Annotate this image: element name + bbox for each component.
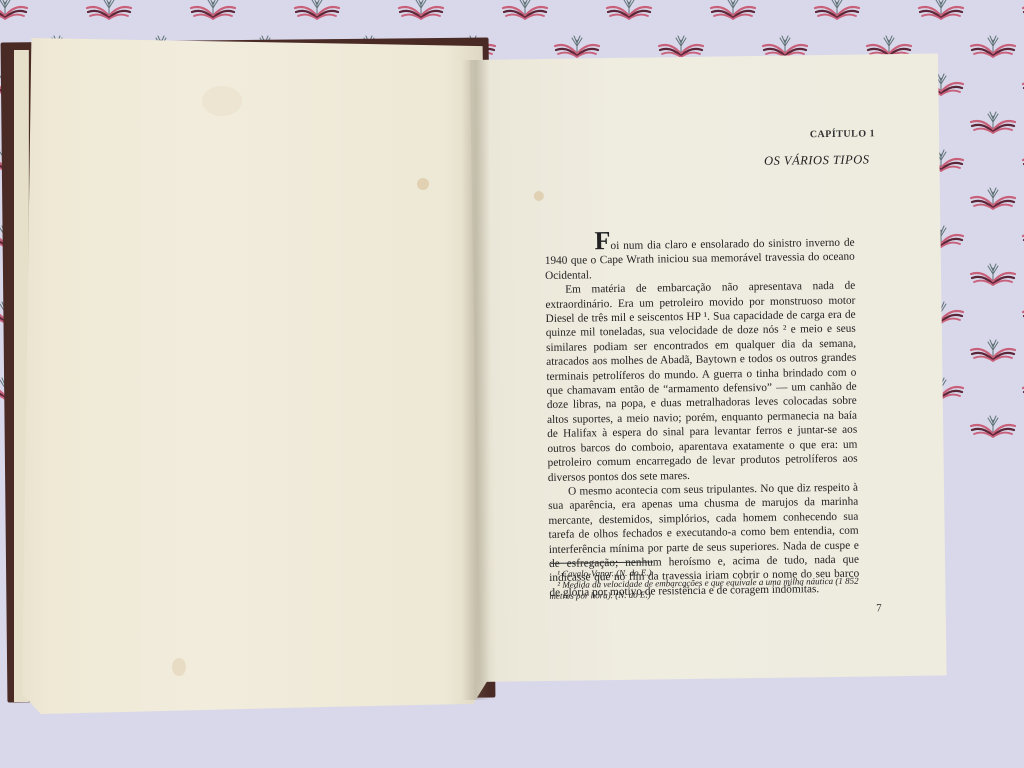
book-motif-icon <box>968 336 1018 362</box>
book-motif-icon <box>1020 146 1024 172</box>
book-motif-icon <box>708 0 758 20</box>
footnote: ² Medida da velocidade de embarcações e … <box>549 576 867 602</box>
book-motif-icon <box>604 0 654 20</box>
book-motif-icon <box>968 412 1018 438</box>
book-motif-icon <box>84 0 134 20</box>
page-stain <box>172 658 186 676</box>
book-motif-icon <box>292 0 342 20</box>
left-page <box>22 38 492 714</box>
paragraph: Em matéria de embarcação não apresentava… <box>545 279 858 485</box>
book-motif-icon <box>500 0 550 20</box>
book-motif-icon <box>1020 298 1024 324</box>
page-stain <box>417 178 429 190</box>
page-stain <box>202 86 242 116</box>
book-motif-icon <box>760 32 810 58</box>
book-motif-icon <box>968 184 1018 210</box>
book-motif-icon <box>1020 374 1024 400</box>
body-text: Foi num dia claro e ensolarado do sinist… <box>544 233 859 600</box>
book-motif-icon <box>1020 70 1024 96</box>
footnotes: ¹ Cavalo-Vapor. (N. do E.) ² Medida da v… <box>549 565 867 602</box>
right-page: CAPÍTULO 1 OS VÁRIOS TIPOS Foi num dia c… <box>470 53 947 681</box>
book-motif-icon <box>968 32 1018 58</box>
drop-cap: F <box>594 226 610 255</box>
book-motif-icon <box>916 0 966 20</box>
book-motif-icon <box>812 0 862 20</box>
book-motif-icon <box>396 0 446 20</box>
book-motif-icon <box>188 0 238 20</box>
book-motif-icon <box>1020 222 1024 248</box>
chapter-label: CAPÍTULO 1 <box>810 128 875 140</box>
book-motif-icon <box>1020 0 1024 20</box>
book-motif-icon <box>656 32 706 58</box>
chapter-title: OS VÁRIOS TIPOS <box>764 152 870 168</box>
paragraph: Foi num dia claro e ensolarado do sinist… <box>544 233 855 284</box>
page-number: 7 <box>876 602 882 614</box>
book-motif-icon <box>552 32 602 58</box>
book-motif-icon <box>968 108 1018 134</box>
book-motif-icon <box>0 0 30 20</box>
page-stain <box>534 191 544 201</box>
book-gutter <box>462 60 490 700</box>
book-motif-icon <box>968 260 1018 286</box>
